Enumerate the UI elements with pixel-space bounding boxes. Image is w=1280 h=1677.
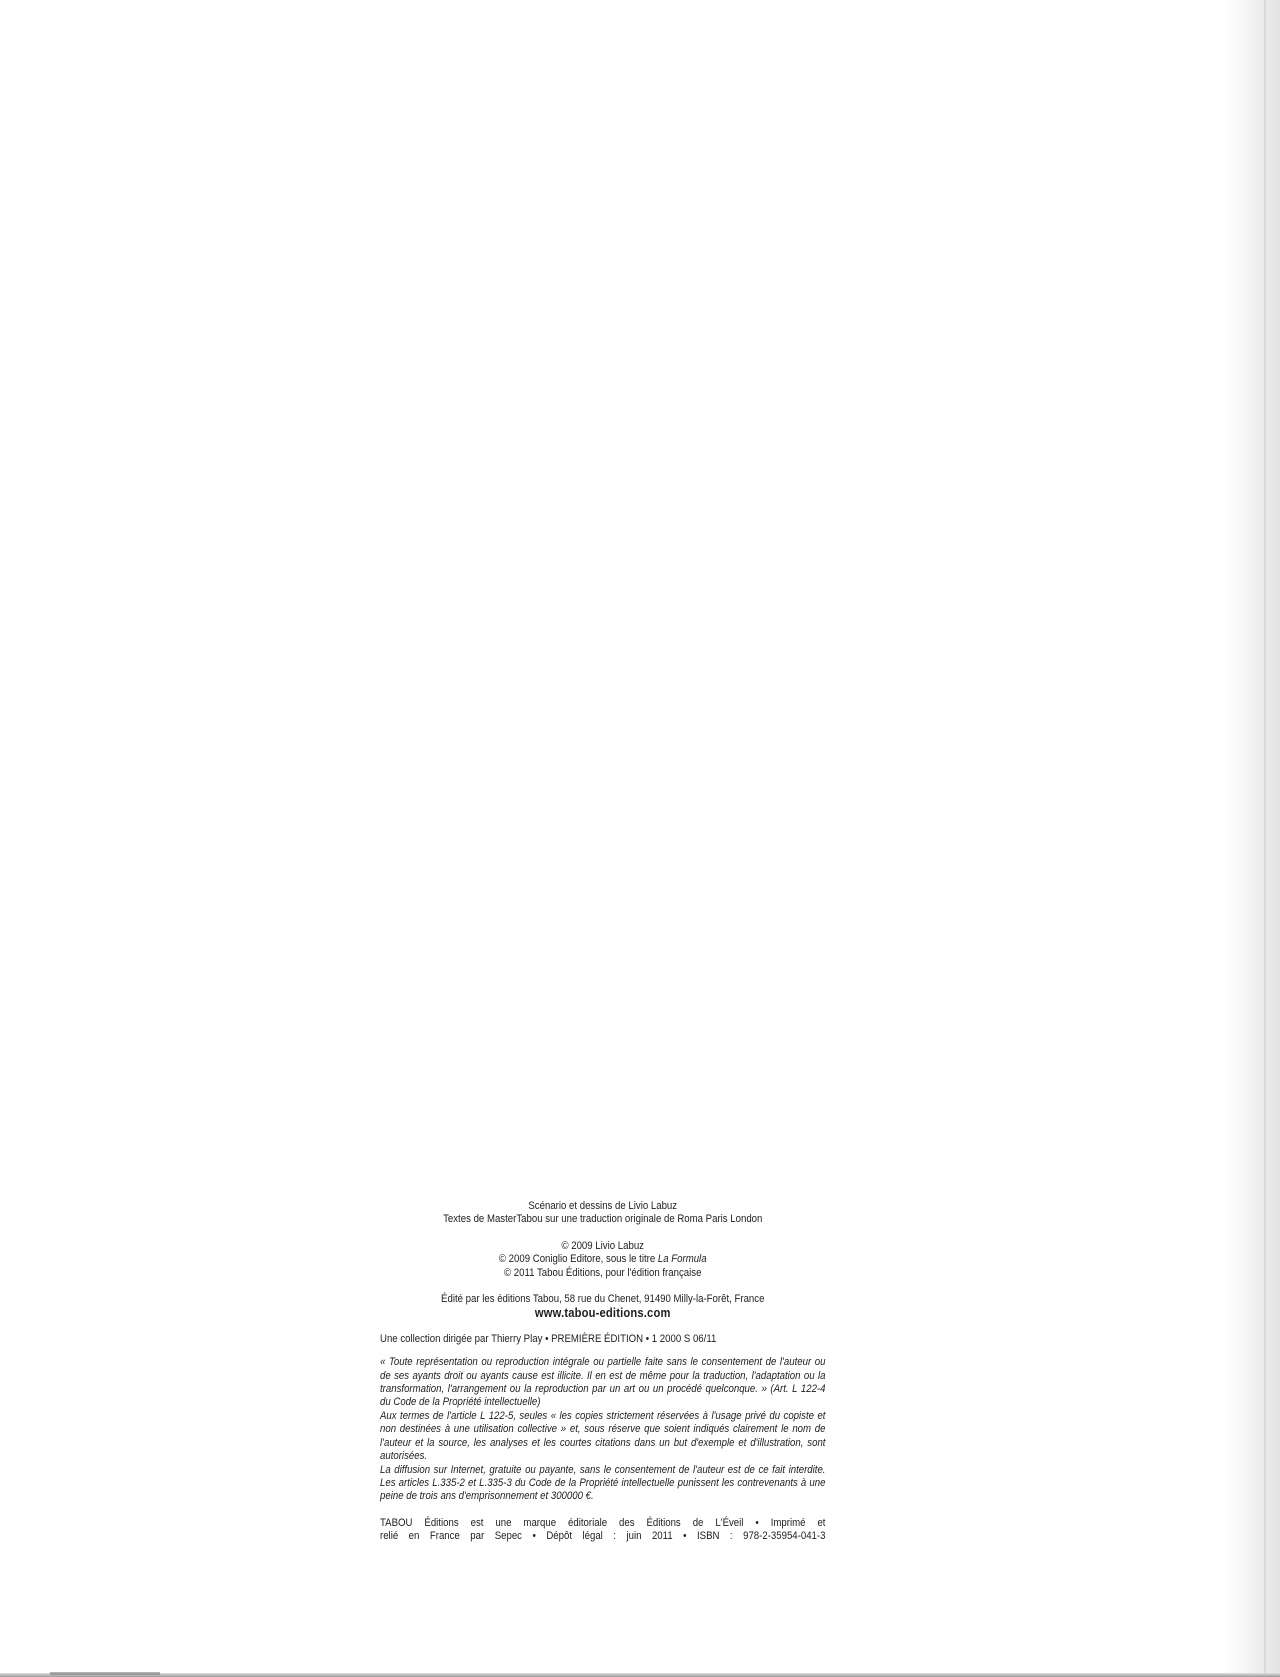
scan-artifact [50,1672,160,1675]
copyright-french-edition: © 2011 Tabou Éditions, pour l'édition fr… [380,1267,825,1280]
legal-notice-para-2: Aux termes de l'article L 122-5, seules … [380,1410,825,1464]
credits-line-2: Textes de MasterTabou sur une traduction… [380,1213,825,1226]
original-title: La Formula [658,1253,707,1265]
binding-gutter-shadow [1222,0,1280,1677]
footer-line-2: relié en France par Sepec • Dépôt légal … [380,1530,825,1543]
publisher-address: Édité par les éditions Tabou, 58 rue du … [380,1293,825,1306]
credits-line-1: Scénario et dessins de Livio Labuz [380,1200,825,1213]
book-page: Scénario et dessins de Livio Labuz Texte… [0,0,1280,1677]
copyright-author: © 2009 Livio Labuz [380,1240,825,1253]
footer-line-1: TABOU Éditions est une marque éditoriale… [380,1517,825,1530]
legal-notice-para-3: La diffusion sur Internet, gratuite ou p… [380,1464,825,1504]
binding-edge-line [1264,0,1266,1677]
collection-info: Une collection dirigée par Thierry Play … [380,1333,825,1346]
copyright-original-text: © 2009 Coniglio Editore, sous le titre [499,1253,658,1265]
copyright-original-edition: © 2009 Coniglio Editore, sous le titre L… [380,1253,825,1266]
page-bottom-edge [0,1673,1280,1677]
colophon: Scénario et dessins de Livio Labuz Texte… [380,1200,825,1544]
publisher-website: www.tabou-editions.com [380,1306,825,1319]
legal-notice-para-1: « Toute représentation ou reproduction i… [380,1356,825,1410]
